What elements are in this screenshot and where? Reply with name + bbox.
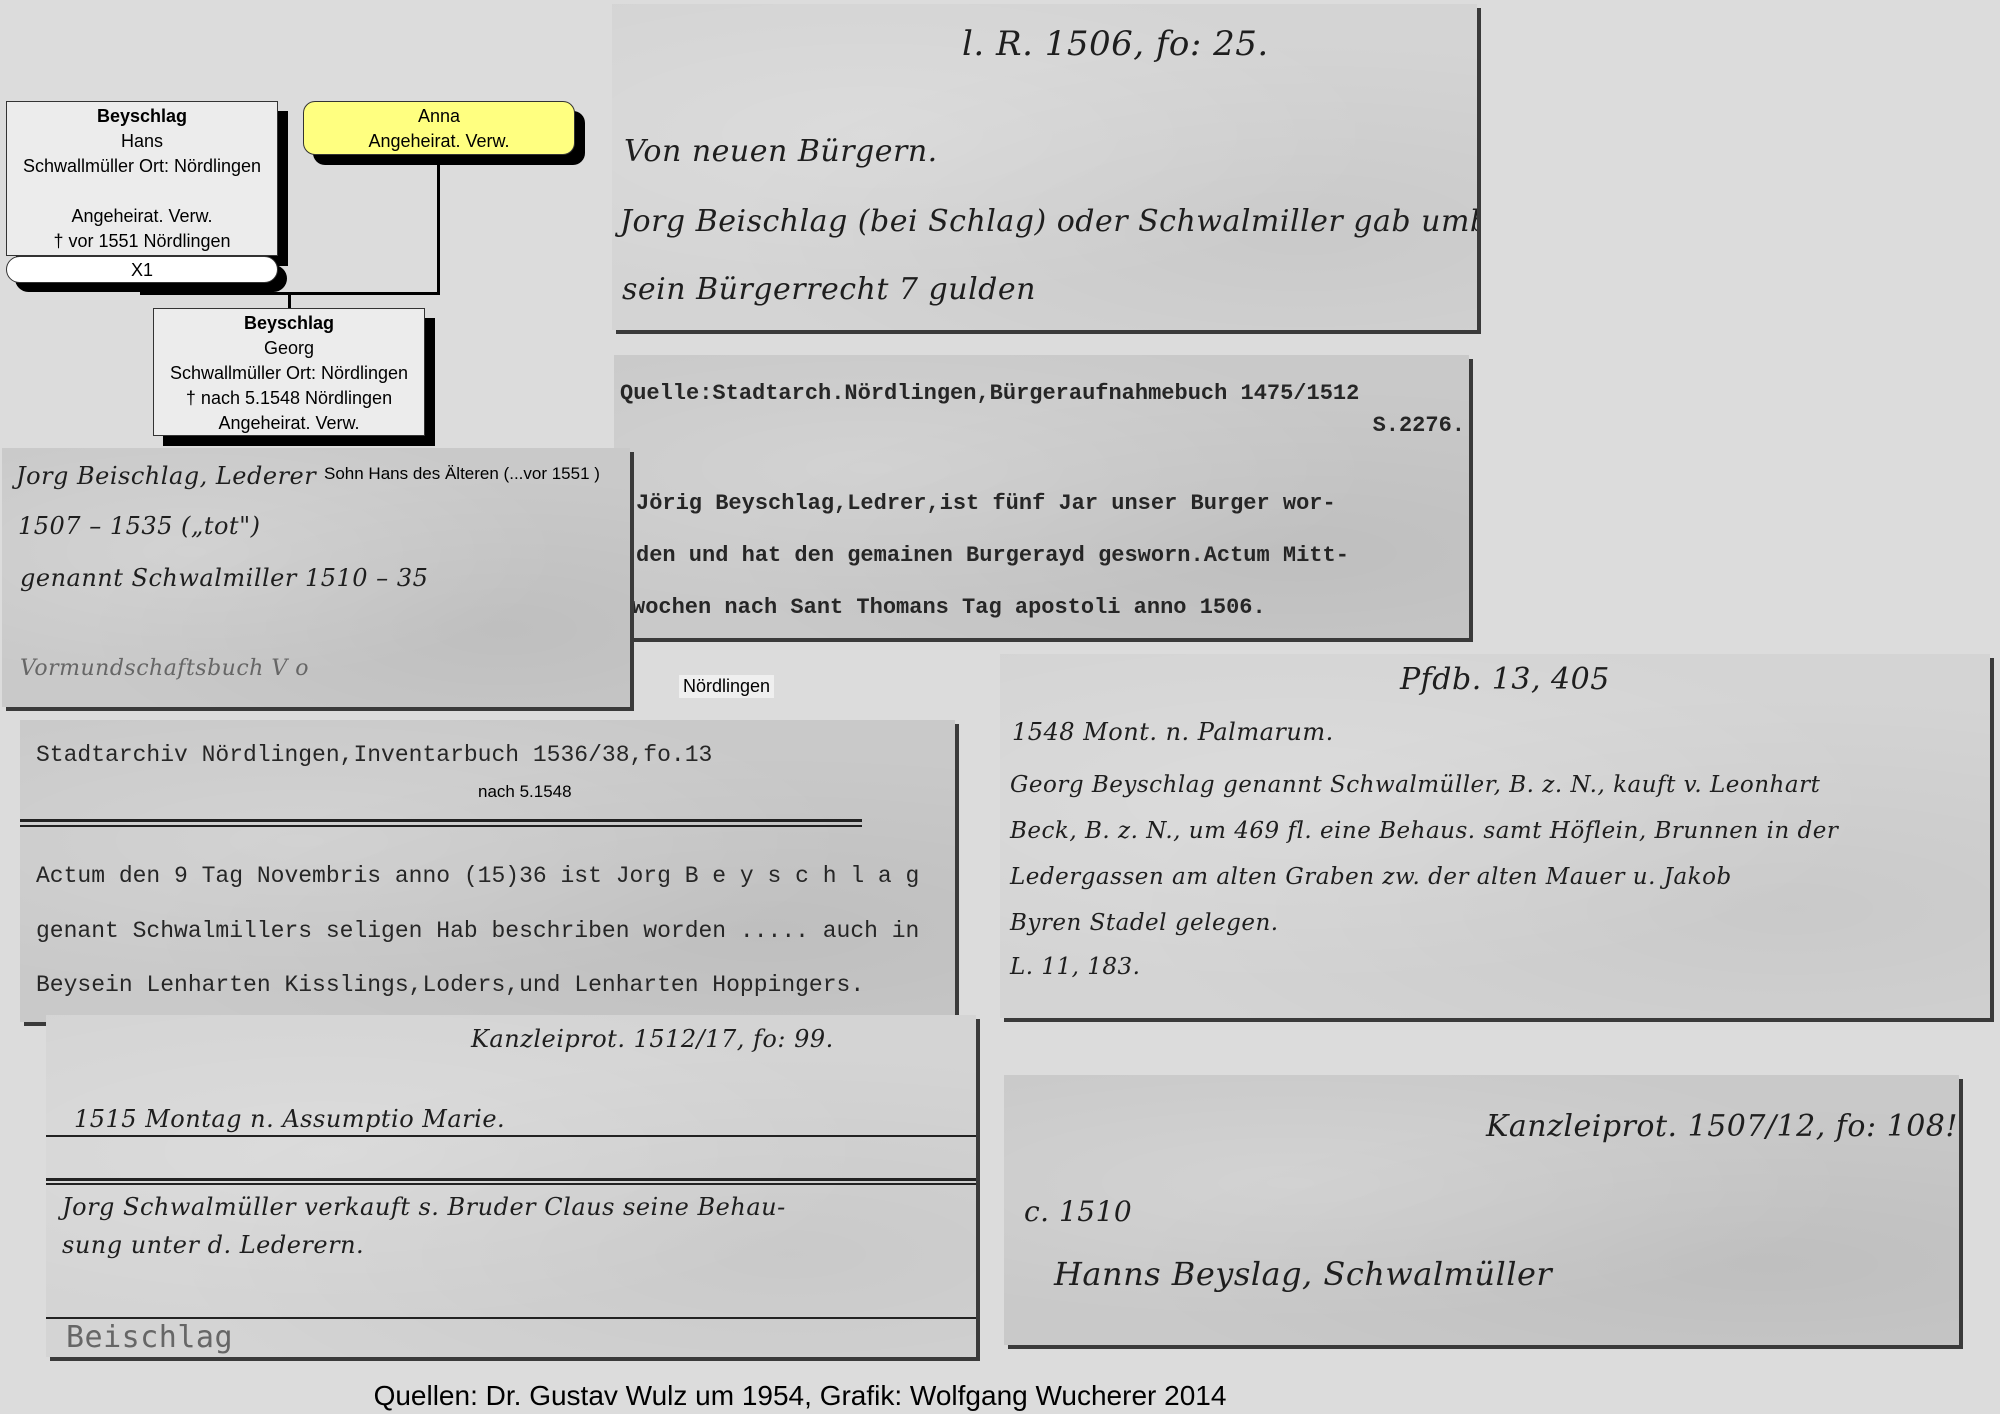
- person-given-name: Anna: [304, 104, 574, 129]
- entry-line-1: Jorg Schwalmüller verkauft s. Bruder Cla…: [62, 1193, 786, 1221]
- person-relation: Angeheirat. Verw.: [154, 411, 424, 436]
- person-box-georg[interactable]: Beyschlag Georg Schwallmüller Ort: Nördl…: [153, 308, 425, 436]
- card-header: Kanzleiprot. 1507/12, fo: 108!: [1486, 1109, 1958, 1144]
- entry-line-2: Beck, B. z. N., um 469 fl. eine Behaus. …: [1010, 818, 1838, 844]
- ruled-line-2: [46, 1178, 976, 1181]
- double-rule-top: [20, 819, 862, 822]
- person-surname: Beyschlag: [154, 311, 424, 336]
- double-rule-bottom: [20, 825, 862, 827]
- card-line-2: Jorg Beischlag (bei Schlag) oder Schwalm…: [620, 204, 1477, 239]
- index-line-name: Jorg Beischlag, Lederer: [16, 462, 316, 490]
- date-line: 1548 Mont. n. Palmarum.: [1012, 718, 1334, 746]
- entry-line-3: Ledergassen am alten Graben zw. der alte…: [1010, 864, 1732, 890]
- card-inventarbuch-1536: Stadtarchiv Nördlingen,Inventarbuch 1536…: [20, 720, 955, 1022]
- card-pfandbuch-1548: Pfdb. 13, 405 1548 Mont. n. Palmarum. Ge…: [1000, 654, 1990, 1018]
- annotation-sohn-hans: Sohn Hans des Älteren (...vor 1551 ): [324, 464, 600, 484]
- person-given-name: Georg: [154, 336, 424, 361]
- card-line-2-text: Jorg Beischlag (bei Schlag) oder Schwalm…: [620, 204, 1477, 239]
- connector-line-hans-down: [140, 283, 143, 295]
- connector-line-anna-down: [437, 165, 440, 295]
- index-line-vormundschaft: Vormundschaftsbuch V o: [20, 656, 309, 681]
- card-index-jorg-beischlag: Jorg Beischlag, Lederer Sohn Hans des Äl…: [2, 448, 630, 707]
- person-occupation-place: Schwallmüller Ort: Nördlingen: [154, 361, 424, 386]
- name-line: Hanns Beyslag, Schwalmüller: [1054, 1255, 1552, 1293]
- card-kanzleiprot-1507: Kanzleiprot. 1507/12, fo: 108! c. 1510 H…: [1004, 1075, 1959, 1345]
- typed-line-2: den und hat den gemainen Burgerayd geswo…: [636, 543, 1349, 568]
- person-relation: Angeheirat. Verw.: [7, 204, 277, 229]
- person-given-name: Hans: [7, 129, 277, 154]
- source-line: Stadtarchiv Nördlingen,Inventarbuch 1536…: [36, 742, 712, 768]
- page-reference: S.2276.: [1373, 413, 1465, 438]
- person-surname: Beyschlag: [7, 104, 277, 129]
- typed-line-2: genant Schwalmillers seligen Hab beschri…: [36, 918, 919, 944]
- ruled-line-4: [46, 1317, 976, 1319]
- person-relation: Angeheirat. Verw.: [304, 129, 574, 154]
- person-death: † vor 1551 Nördlingen: [7, 229, 277, 254]
- person-box-hans[interactable]: Beyschlag Hans Schwallmüller Ort: Nördli…: [6, 101, 278, 256]
- index-line-dates: 1507 – 1535 („tot"): [18, 512, 260, 540]
- ruled-line-1: [46, 1135, 976, 1137]
- place-label-noerdlingen: Nördlingen: [679, 675, 774, 698]
- entry-line-4: Byren Stadel gelegen.: [1010, 910, 1279, 936]
- card-header: Kanzleiprot. 1512/17, fo: 99.: [471, 1025, 834, 1053]
- source-line: Quelle:Stadtarch.Nördlingen,Bürgeraufnah…: [620, 381, 1359, 406]
- card-kanzleiprot-1512: Kanzleiprot. 1512/17, fo: 99. 1515 Monta…: [46, 1015, 976, 1357]
- entry-line-1: Georg Beyschlag genannt Schwalmüller, B.…: [1010, 772, 1820, 798]
- typed-line-3: Beysein Lenharten Kisslings,Loders,und L…: [36, 972, 864, 998]
- card-line-1: Von neuen Bürgern.: [624, 134, 938, 169]
- typed-line-3: wochen nach Sant Thomans Tag apostoli an…: [632, 595, 1266, 620]
- date-line: 1515 Montag n. Assumptio Marie.: [74, 1105, 505, 1133]
- footer-word-beischlag: Beischlag: [66, 1320, 233, 1355]
- card-header: Pfdb. 13, 405: [1400, 662, 1610, 697]
- date-line: c. 1510: [1024, 1195, 1132, 1228]
- person-occupation-place: Schwallmüller Ort: Nördlingen: [7, 154, 277, 179]
- annotation-nach-1548: nach 5.1548: [478, 782, 572, 802]
- card-quelle-buergeraufnahmebuch: Quelle:Stadtarch.Nördlingen,Bürgeraufnah…: [614, 355, 1469, 638]
- typed-line-1: Actum den 9 Tag Novembris anno (15)36 is…: [36, 863, 919, 889]
- card-header: l. R. 1506, fo: 25.: [962, 24, 1269, 64]
- card-buergerbuch-1506: l. R. 1506, fo: 25. Von neuen Bürgern. J…: [612, 4, 1477, 330]
- person-death: † nach 5.1548 Nördlingen: [154, 386, 424, 411]
- ruled-line-3: [46, 1183, 976, 1185]
- card-line-3: sein Bürgerrecht 7 gulden: [622, 272, 1036, 307]
- credits-caption: Quellen: Dr. Gustav Wulz um 1954, Grafik…: [0, 1380, 1800, 1412]
- marriage-marker[interactable]: X1: [6, 256, 278, 283]
- typed-line-1: Jörig Beyschlag,Ledrer,ist fünf Jar unse…: [636, 491, 1336, 516]
- index-line-genannt: genannt Schwalmiller 1510 – 35: [20, 564, 428, 592]
- marriage-label: X1: [131, 260, 153, 280]
- entry-line-5: L. 11, 183.: [1010, 954, 1141, 980]
- entry-line-2: sung unter d. Lederern.: [62, 1231, 364, 1259]
- person-box-anna[interactable]: Anna Angeheirat. Verw.: [303, 101, 575, 155]
